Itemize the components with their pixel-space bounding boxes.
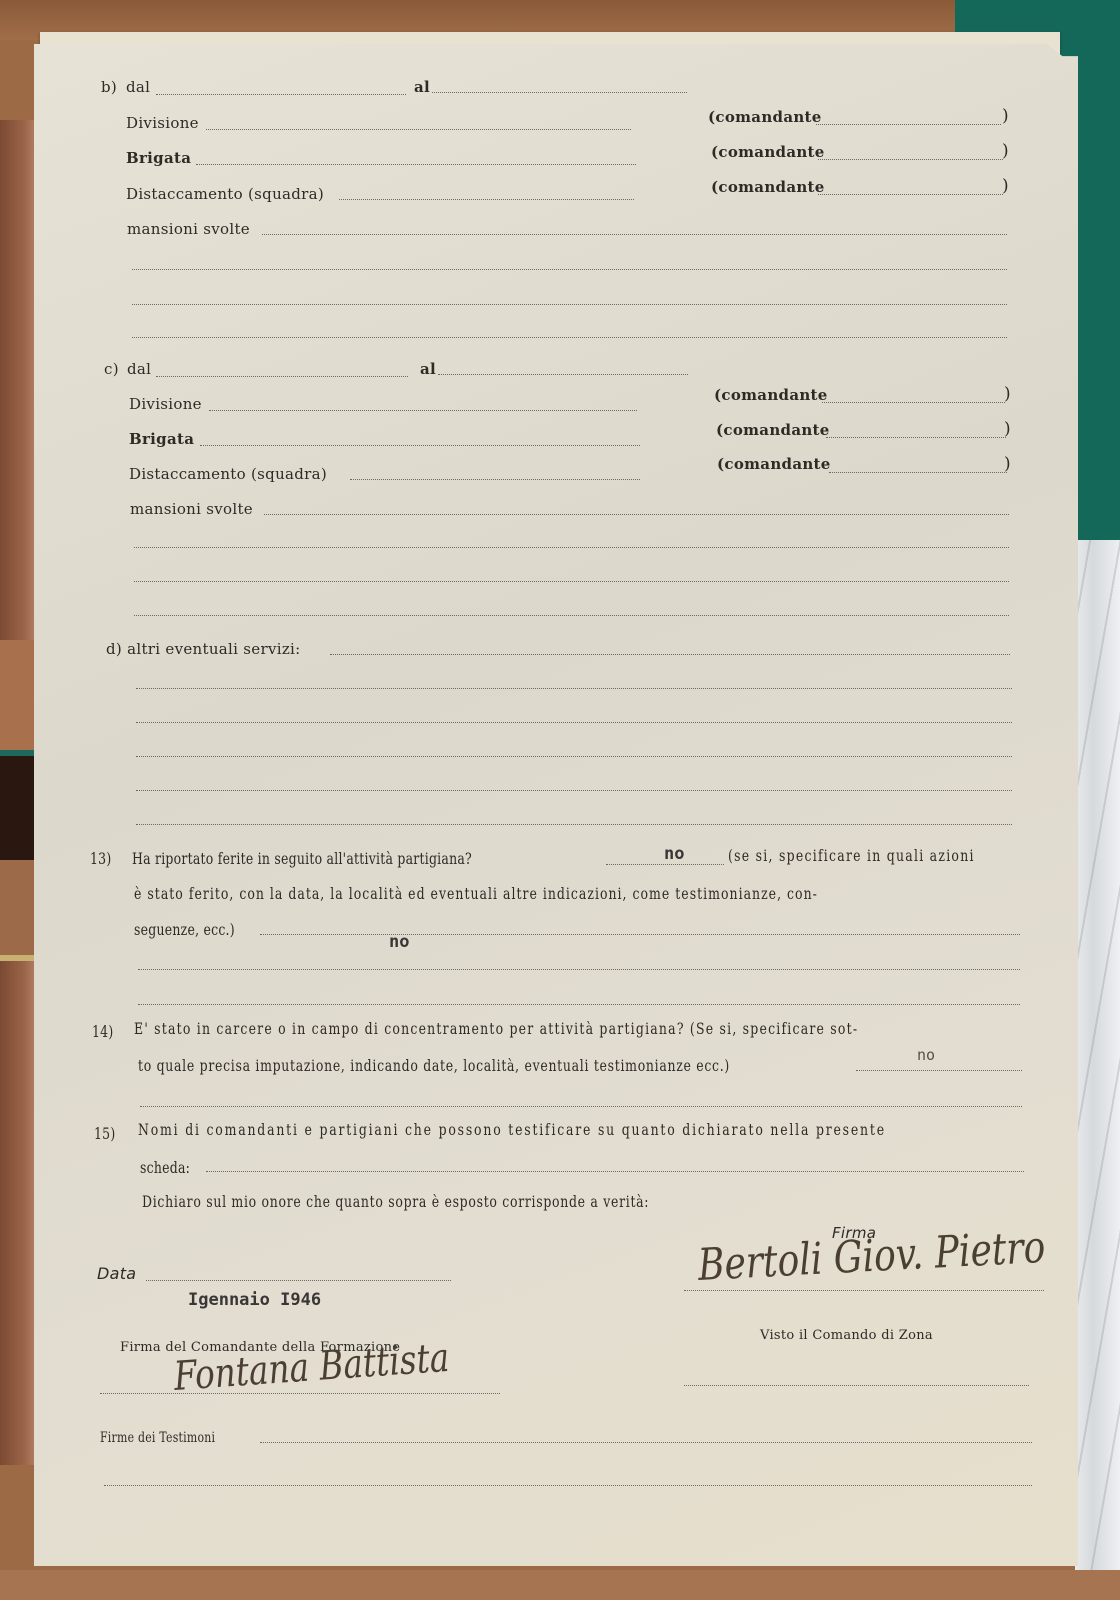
zone-command-label: Visto il Comando di Zona: [760, 1328, 933, 1343]
division-field[interactable]: [206, 129, 631, 130]
duties-field[interactable]: [264, 514, 1009, 515]
other-services-line[interactable]: [136, 688, 1012, 689]
other-services-label: d) altri eventuali servizi:: [106, 640, 300, 658]
witness-signature-field[interactable]: [260, 1442, 1032, 1443]
division-field[interactable]: [209, 410, 637, 411]
imprisonment-answer: no: [917, 1046, 935, 1064]
question-number: 15): [94, 1124, 115, 1143]
signature-field[interactable]: [684, 1290, 1044, 1291]
duties-label: mansioni svolte: [127, 220, 250, 238]
commander-signature-field[interactable]: [100, 1393, 500, 1394]
detachment-label: Distaccamento (squadra): [129, 465, 327, 483]
brigade-commander-label: (comandante: [716, 421, 830, 439]
injury-details-answer: no: [389, 932, 409, 952]
handwritten-signature: Bertoli Giov. Pietro: [697, 1222, 1047, 1291]
question-number: 14): [92, 1022, 113, 1041]
duties-field-line[interactable]: [134, 615, 1009, 616]
close-paren: ): [1004, 454, 1011, 474]
imprisonment-answer-field[interactable]: [856, 1070, 1022, 1071]
witnesses-label: Firme dei Testimoni: [100, 1430, 215, 1446]
declaration-text: Dichiaro sul mio onore che quanto sopra …: [142, 1192, 649, 1211]
to-label: al: [420, 360, 436, 378]
question-text: seguenze, ecc.): [134, 920, 235, 939]
close-paren: ): [1002, 106, 1009, 126]
to-label: al: [414, 78, 430, 96]
detachment-label: Distaccamento (squadra): [126, 185, 324, 203]
date-label: Data: [97, 1264, 136, 1283]
close-paren: ): [1002, 141, 1009, 161]
partisan-form-page: b) dal al Divisione (comandante ) Brigat…: [34, 44, 1078, 1566]
division-commander-label: (comandante: [708, 108, 822, 126]
brigade-label: Brigata: [126, 149, 191, 167]
date-field[interactable]: [146, 1280, 451, 1281]
question-text: to quale precisa imputazione, indicando …: [138, 1056, 730, 1075]
desk-background: [0, 1570, 1120, 1600]
witnesses-names-field[interactable]: [206, 1171, 1024, 1172]
duties-field-line[interactable]: [132, 304, 1007, 305]
question-text: Nomi di comandanti e partigiani che poss…: [138, 1120, 886, 1139]
marble-background: [1075, 540, 1120, 1600]
question-text: E' stato in carcere o in campo di concen…: [134, 1019, 858, 1038]
duties-field-line[interactable]: [134, 547, 1009, 548]
to-field[interactable]: [438, 374, 688, 375]
close-paren: ): [1004, 419, 1011, 439]
question-text: Ha riportato ferite in seguito all'attiv…: [132, 849, 472, 868]
question-text: scheda:: [140, 1158, 190, 1177]
section-b-label: b): [101, 78, 117, 96]
brigade-commander-label: (comandante: [711, 143, 825, 161]
injury-details-field[interactable]: [260, 934, 1020, 935]
brigade-field[interactable]: [196, 164, 636, 165]
other-services-line[interactable]: [136, 756, 1012, 757]
injury-answer: no: [664, 844, 684, 864]
division-label: Divisione: [129, 395, 202, 413]
detachment-field[interactable]: [350, 479, 640, 480]
from-field[interactable]: [156, 376, 408, 377]
duties-field-line[interactable]: [134, 581, 1009, 582]
other-services-line[interactable]: [136, 790, 1012, 791]
brigade-field[interactable]: [200, 445, 640, 446]
detachment-commander-field[interactable]: [829, 472, 1007, 473]
section-c-label: c): [104, 360, 119, 378]
from-label: dal: [126, 78, 150, 96]
witness-signature-field[interactable]: [104, 1485, 1032, 1486]
from-field[interactable]: [156, 94, 406, 95]
to-field[interactable]: [432, 92, 687, 93]
question-text: è stato ferito, con la data, la località…: [134, 884, 818, 903]
close-paren: ): [1004, 384, 1011, 404]
duties-field[interactable]: [262, 234, 1007, 235]
close-paren: ): [1002, 176, 1009, 196]
injury-answer-field[interactable]: [606, 864, 724, 865]
injury-details-line[interactable]: [138, 969, 1020, 970]
detachment-commander-field[interactable]: [818, 194, 1003, 195]
duties-field-line[interactable]: [132, 269, 1007, 270]
question-number: 13): [90, 849, 111, 868]
division-commander-label: (comandante: [714, 386, 828, 404]
division-label: Divisione: [126, 114, 199, 132]
from-label: dal: [127, 360, 151, 378]
other-services-line[interactable]: [136, 824, 1012, 825]
injury-details-line[interactable]: [138, 1004, 1020, 1005]
division-commander-field[interactable]: [816, 124, 1001, 125]
detachment-field[interactable]: [339, 199, 634, 200]
duties-field-line[interactable]: [132, 337, 1007, 338]
zone-command-field[interactable]: [684, 1385, 1029, 1386]
brigade-commander-field[interactable]: [818, 159, 1003, 160]
date-value: Igennaio I946: [188, 1290, 321, 1310]
other-services-field[interactable]: [330, 654, 1010, 655]
detachment-commander-label: (comandante: [711, 178, 825, 196]
other-services-line[interactable]: [136, 722, 1012, 723]
division-commander-field[interactable]: [822, 402, 1005, 403]
imprisonment-details-line[interactable]: [140, 1106, 1022, 1107]
detachment-commander-label: (comandante: [717, 455, 831, 473]
brigade-label: Brigata: [129, 430, 194, 448]
question-text: (se si, specificare in quali azioni: [728, 846, 975, 865]
duties-label: mansioni svolte: [130, 500, 253, 518]
brigade-commander-field[interactable]: [826, 437, 1006, 438]
